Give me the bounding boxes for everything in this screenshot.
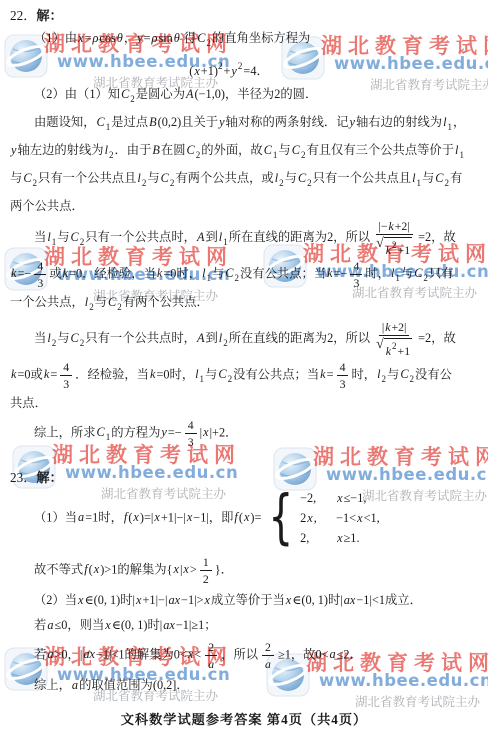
text-run: = — [50, 367, 57, 381]
text-run: 时， — [365, 266, 390, 280]
subscript: 2 — [206, 38, 211, 48]
text-run: 只有一个公共点且 — [38, 171, 136, 185]
text-run: 只有一个公共点时， — [85, 230, 196, 244]
text-run: 时， — [351, 367, 376, 381]
math-variable: y — [230, 64, 237, 78]
math-variable: C — [263, 143, 273, 157]
fraction-numerator: 4 — [60, 360, 72, 376]
text-run: 成立等价于当 — [211, 593, 285, 607]
fraction-denominator: 3 — [337, 376, 349, 391]
fraction: 2a — [204, 640, 218, 671]
text-run: 3 — [63, 377, 69, 391]
math-variable: C — [224, 266, 234, 280]
text-run: =− — [168, 425, 182, 439]
text-run: =2，故 — [418, 230, 456, 244]
solution-line: 23．解： — [10, 466, 478, 489]
subscript: 1 — [52, 237, 57, 247]
math-variable: C — [196, 31, 206, 45]
math-variable: C — [434, 171, 444, 185]
math-variable: k — [385, 344, 392, 358]
case-value: −2, — [300, 489, 336, 508]
superscript: 2 — [392, 341, 397, 351]
math-variable: C — [107, 295, 117, 309]
bold-label: 解： — [36, 470, 62, 485]
radicand: k2+1 — [384, 237, 412, 257]
subscript: 2 — [307, 178, 312, 188]
solution-line: 综上，a的取值范围为(0,2]． — [10, 674, 478, 697]
math-variable: y — [136, 31, 143, 45]
fraction: 43 — [34, 259, 46, 290]
text-run: 没有公 — [415, 367, 452, 381]
math-variable: k — [319, 367, 326, 381]
case-row: 2x,−1<x<1, — [300, 509, 380, 528]
text-run: =0．经检验，当 — [69, 266, 156, 280]
subscript: 2 — [52, 338, 57, 348]
text-run: < — [194, 647, 201, 661]
math-variable: C — [413, 266, 423, 280]
math-variable: x — [356, 511, 363, 525]
math-variable: ax — [167, 593, 181, 607]
math-variable: θ — [173, 31, 181, 45]
text-run: 与 — [285, 171, 297, 185]
bold-label: 解： — [36, 8, 62, 23]
page-footer: 文科数学试题参考答案 第4页（共4页） — [0, 709, 488, 728]
text-run: cos — [99, 31, 115, 45]
text-run: =0时， — [163, 266, 201, 280]
subscript: 2 — [80, 338, 85, 348]
text-run: 有两个公共点． — [123, 295, 209, 309]
text-run: 所在直线的距离为2，所以 — [229, 331, 370, 345]
math-variable: x — [306, 511, 313, 525]
text-run: 与 — [57, 331, 69, 345]
subscript: 2 — [235, 273, 240, 283]
text-run: ．经检验，当 — [75, 367, 149, 381]
text-run: 得 — [181, 31, 196, 45]
text-run: 在圆 — [161, 143, 186, 157]
text-run: = — [144, 31, 151, 45]
math-variable: C — [96, 115, 106, 129]
solution-line: 一个公共点，l2与C2有两个公共点． — [10, 291, 478, 319]
fraction-numerator: 1 — [200, 555, 212, 571]
math-variable: ax — [162, 618, 176, 632]
text-run: 的方程为 — [111, 425, 160, 439]
fraction: 43 — [185, 418, 197, 449]
math-variable: l — [136, 171, 141, 185]
case-condition: x≤−1, — [336, 489, 366, 508]
solution-line: （1）当a=1时，f(x)=|x+1|−|x−1|，即f(x)={−2,x≤−1… — [10, 489, 478, 548]
text-run: +1) — [201, 64, 218, 78]
solution-line: y轴左边的射线为l2．由于B在圆C2的外面，故C1与C2有且仅有三个公共点等价于… — [10, 139, 478, 167]
answer-sheet-page: 湖北教育考试网 www.hbee.edu.cn 湖北省教育考试院主办 湖北教育考… — [0, 0, 488, 732]
text-run: ≤−1, — [344, 491, 367, 505]
math-variable: ax — [343, 593, 357, 607]
math-variable: x — [193, 64, 200, 78]
math-variable: x — [202, 425, 209, 439]
solution-line: (x+1)2+y2=4． — [10, 55, 478, 83]
fraction-denominator: a — [261, 656, 275, 671]
subscript: 1 — [106, 122, 111, 132]
subscript: 1 — [448, 122, 453, 132]
math-variable: C — [22, 171, 32, 185]
text-run: 2 — [265, 640, 271, 654]
fraction: |−k+2|√k2+1 — [373, 219, 415, 257]
text-run: =4． — [243, 64, 268, 78]
text-run: 的直角坐标方程为 — [212, 31, 310, 45]
math-variable: y — [349, 115, 356, 129]
answers-content: 22．解：（1）由x=ρcosθ，y=ρsinθ 得C2的直角坐标方程为(x+1… — [0, 0, 488, 697]
fraction-numerator: 4 — [350, 259, 362, 275]
fraction-numerator: 2 — [262, 640, 274, 656]
math-variable: a — [71, 678, 79, 692]
square-root: √k2+1 — [376, 237, 412, 257]
text-run: <1, — [364, 511, 380, 525]
math-variable: l — [194, 367, 199, 381]
text-run: +1 — [398, 243, 411, 257]
text-run: 有且仅有三个公共点等价于 — [306, 143, 454, 157]
math-variable: C — [186, 143, 196, 157]
math-variable: l — [442, 115, 447, 129]
case-rows: −2,x≤−1,2x,−1<x<1,2,x≥1. — [300, 489, 380, 548]
subscript: 2 — [117, 302, 122, 312]
text-run: 若 — [34, 647, 46, 661]
subscript: 2 — [33, 178, 38, 188]
text-run: =− — [334, 266, 348, 280]
text-run: |+2． — [210, 425, 238, 439]
text-run: 有 — [450, 171, 462, 185]
case-value: 2, — [300, 529, 336, 548]
math-variable: a — [264, 657, 272, 671]
solution-line: 由题设知，C1是过点B(0,2)且关于y轴对称的两条射线．记y轴右边的射线为l1… — [10, 111, 478, 139]
text-run: 22． — [10, 8, 36, 23]
text-run: +2| — [391, 320, 406, 334]
text-run: 与 — [205, 367, 217, 381]
text-run: 综上，所求 — [34, 425, 96, 439]
text-run: （2）当 — [34, 593, 77, 607]
case-row: 2,x≥1. — [300, 529, 380, 548]
left-brace: { — [269, 492, 294, 545]
case-value: 2x, — [300, 509, 336, 528]
math-variable: B — [151, 143, 161, 157]
text-run: 只有 — [429, 266, 454, 280]
fraction: 12 — [200, 555, 212, 586]
math-variable: C — [120, 87, 130, 101]
math-variable: x — [336, 491, 343, 505]
subscript: 2 — [279, 178, 284, 188]
text-run: 共点． — [10, 396, 47, 410]
text-run: ≤0，则当 — [54, 618, 104, 632]
solution-line: 若a>0，|ax−1|<1的解集为0<x<2a，所以2a≥1，故0<a≤2． — [10, 639, 478, 672]
subscript: 2 — [80, 237, 85, 247]
text-run: 与 — [422, 171, 434, 185]
text-run: 只有一个公共点时， — [85, 331, 196, 345]
case-condition: x≥1. — [336, 529, 359, 548]
text-run: 4 — [340, 360, 346, 374]
text-run: 3 — [353, 276, 359, 290]
text-run: 有两个公共点，或 — [175, 171, 273, 185]
text-run: +2| — [395, 219, 410, 233]
text-run: +1 — [398, 344, 411, 358]
text-run: 轴对称的两条射线．记 — [226, 115, 349, 129]
math-variable: x — [336, 531, 343, 545]
superscript: 2 — [218, 61, 223, 71]
text-run: )>1的解集为{ — [100, 562, 172, 576]
subscript: 1 — [459, 150, 464, 160]
math-variable: x — [132, 510, 139, 524]
subscript: 2 — [228, 374, 233, 384]
subscript: 2 — [445, 178, 450, 188]
text-run: 所在直线的距离为2，所以 — [229, 230, 370, 244]
math-variable: C — [160, 171, 170, 185]
math-variable: θ — [116, 31, 124, 45]
fraction-denominator: √k2+1 — [373, 336, 415, 358]
math-variable: C — [96, 425, 106, 439]
text-run: 与 — [95, 295, 107, 309]
text-run: 没有公共点；当 — [240, 266, 326, 280]
text-run: ∈(0, 1)时| — [112, 618, 163, 632]
math-variable: B — [148, 115, 158, 129]
text-run: ， — [453, 115, 465, 129]
text-run: 故不等式 — [34, 562, 83, 576]
subscript: 1 — [206, 273, 211, 283]
subscript: 2 — [196, 150, 201, 160]
text-run: ∈(0, 1)时| — [85, 593, 136, 607]
text-run: 的取值范围为(0,2]． — [79, 678, 189, 692]
math-variable: x — [182, 562, 189, 576]
text-run: 23． — [10, 470, 36, 485]
text-run: −1|<1的解集为0< — [96, 647, 187, 661]
math-variable: ax — [82, 647, 96, 661]
text-run: 一个公共点， — [10, 295, 84, 309]
solution-line: 故不等式f(x)>1的解集为{x|x>12}． — [10, 554, 478, 587]
fraction-denominator: 3 — [60, 376, 72, 391]
fraction-denominator: 3 — [350, 275, 362, 290]
solution-line: 当l1与C2只有一个公共点时，A到l1所在直线的距离为2，所以|−k+2|√k2… — [10, 218, 478, 258]
text-run: ，所以 — [221, 647, 258, 661]
subscript: 2 — [301, 150, 306, 160]
text-run: 是过点 — [111, 115, 148, 129]
text-run: +1|−| — [161, 510, 186, 524]
subscript: 1 — [416, 178, 421, 188]
text-run: 若 — [34, 618, 46, 632]
case-condition: −1<x<1, — [336, 509, 380, 528]
math-variable: a — [77, 510, 85, 524]
text-run: = — [327, 367, 334, 381]
superscript: 2 — [238, 61, 243, 71]
fraction-numerator: 4 — [185, 418, 197, 434]
solution-line: 与C2只有一个公共点且l2与C2有两个公共点，或l2与C2只有一个公共点且l1与… — [10, 167, 478, 195]
math-variable: k — [388, 219, 395, 233]
text-run: 4 — [37, 259, 43, 273]
text-run: −1|，即 — [193, 510, 233, 524]
text-run: 到 — [205, 230, 217, 244]
problem-22-solution: 22．解：（1）由x=ρcosθ，y=ρsinθ 得C2的直角坐标方程为(x+1… — [10, 4, 478, 450]
text-run: 4 — [188, 418, 194, 432]
math-variable: l — [46, 331, 51, 345]
math-variable: A — [185, 87, 195, 101]
math-variable: a — [329, 647, 337, 661]
text-run: 与 — [57, 230, 69, 244]
math-variable: a — [207, 657, 215, 671]
text-run: ≥1，故0< — [278, 647, 329, 661]
subscript: 1 — [273, 150, 278, 160]
fraction-numerator: |k+2| — [379, 320, 410, 336]
math-variable: x — [153, 510, 160, 524]
fraction-denominator: 2 — [200, 571, 212, 586]
piecewise-cases: {−2,x≤−1,2x,−1<x<1,2,x≥1. — [263, 489, 379, 548]
fraction-numerator: 2 — [205, 640, 217, 656]
text-run: 轴左边的射线为 — [17, 143, 103, 157]
text-run: 1 — [203, 555, 209, 569]
math-variable: C — [70, 331, 80, 345]
text-run: 两个公共点． — [10, 199, 84, 213]
text-run: 4 — [353, 259, 359, 273]
math-variable: C — [217, 367, 227, 381]
math-variable: l — [46, 230, 51, 244]
text-run: 2 — [203, 572, 209, 586]
math-variable: k — [326, 266, 333, 280]
text-run: 当 — [34, 331, 46, 345]
math-variable: C — [291, 143, 301, 157]
fraction: 43 — [337, 360, 349, 391]
math-variable: x — [172, 562, 179, 576]
subscript: 2 — [130, 94, 135, 104]
text-run: 2, — [300, 531, 309, 545]
text-run: 与 — [212, 266, 224, 280]
math-variable: x — [204, 593, 211, 607]
fraction-numerator: 4 — [34, 259, 46, 275]
text-run: ， — [124, 31, 136, 45]
text-run: >0，| — [54, 647, 82, 661]
text-run: +1|−| — [142, 593, 167, 607]
fraction-numerator: |−k+2| — [376, 219, 413, 235]
text-run: =0时， — [156, 367, 194, 381]
text-run: 与 — [147, 171, 159, 185]
text-run: )= — [250, 510, 261, 524]
superscript: 2 — [392, 240, 397, 250]
subscript: 2 — [89, 302, 94, 312]
text-run: 3 — [37, 276, 43, 290]
text-run: }． — [215, 562, 233, 576]
text-run: 与 — [387, 367, 399, 381]
fraction: |k+2|√k2+1 — [373, 320, 415, 358]
solution-line: k=0或k=43．经检验，当k=0时，l1与C2没有公共点；当k=43时，l2与… — [10, 359, 478, 392]
square-root: √k2+1 — [376, 338, 412, 358]
text-run: ≥1. — [344, 531, 360, 545]
text-run: ≤2． — [337, 647, 362, 661]
solution-line: k=−43或k=0．经检验，当k=0时，l1与C2没有公共点；当k=−43时，l… — [10, 258, 478, 291]
text-run: =0或 — [17, 367, 42, 381]
text-run: 与 — [401, 266, 413, 280]
text-run: 由题设知， — [34, 115, 96, 129]
text-run: 的外面，故 — [201, 143, 263, 157]
subscript: 1 — [395, 273, 400, 283]
solution-line: 综上，所求C1的方程为y=−43|x|+2． — [10, 417, 478, 450]
text-run: 与 — [10, 171, 22, 185]
solution-line: 两个公共点． — [10, 195, 478, 218]
subscript: 2 — [410, 374, 415, 384]
text-run: （2）由（1）知 — [34, 87, 120, 101]
text-run: −2, — [300, 491, 316, 505]
problem-23-solution: 23．解：（1）当a=1时，f(x)=|x+1|−|x−1|，即f(x)={−2… — [10, 466, 478, 697]
math-variable: k — [385, 243, 392, 257]
fraction: 43 — [350, 259, 362, 290]
math-variable: C — [297, 171, 307, 185]
math-variable: x — [104, 618, 111, 632]
text-run: 4 — [63, 360, 69, 374]
text-run: 没有公共点；当 — [233, 367, 319, 381]
fraction-denominator: a — [204, 656, 218, 671]
text-run: )=| — [140, 510, 154, 524]
subscript: 1 — [223, 237, 228, 247]
math-variable: l — [376, 367, 381, 381]
math-variable: k — [62, 266, 69, 280]
text-run: −1|<1成立． — [356, 593, 422, 607]
text-run: 2 — [208, 640, 214, 654]
radical-sign: √ — [376, 237, 384, 250]
solution-line: （1）由x=ρcosθ，y=ρsinθ 得C2的直角坐标方程为 — [10, 27, 478, 55]
text-run: =2，故 — [418, 331, 456, 345]
text-run: 3 — [188, 435, 194, 449]
case-row: −2,x≤−1, — [300, 489, 380, 508]
radical-sign: √ — [376, 338, 384, 351]
subscript: 1 — [106, 432, 111, 442]
text-run: −1< — [336, 511, 356, 525]
text-run: > — [190, 562, 197, 576]
solution-line: （2）当x∈(0, 1)时|x+1|−|ax−1|>x成立等价于当x∈(0, 1… — [10, 589, 478, 612]
math-variable: C — [70, 230, 80, 244]
text-run: （1）当 — [34, 510, 77, 524]
math-variable: x — [77, 31, 84, 45]
text-run: 或 — [49, 266, 61, 280]
subscript: 2 — [223, 338, 228, 348]
text-run: |− — [379, 219, 388, 233]
text-run: 3 — [340, 377, 346, 391]
math-variable: x — [77, 593, 84, 607]
text-run: =− — [17, 266, 31, 280]
text-run: −1|≥1； — [176, 618, 217, 632]
subscript: 2 — [423, 273, 428, 283]
text-run: sin — [158, 31, 172, 45]
text-run: （1）由 — [34, 31, 77, 45]
solution-line: （2）由（1）知C2是圆心为A(−1,0)，半径为2的圆． — [10, 83, 478, 111]
subscript: 2 — [382, 374, 387, 384]
text-run: , — [314, 511, 317, 525]
text-run: (−1,0)，半径为2的圆． — [195, 87, 318, 101]
fraction: 43 — [60, 360, 72, 391]
radicand: k2+1 — [384, 338, 412, 358]
math-variable: y — [218, 115, 225, 129]
subscript: 1 — [200, 374, 205, 384]
solution-line: 当l2与C2只有一个公共点时，A到l2所在直线的距离为2，所以|k+2|√k2+… — [10, 319, 478, 359]
text-run: 到 — [205, 331, 217, 345]
text-run: ．由于 — [114, 143, 151, 157]
text-run: 是圆心为 — [136, 87, 185, 101]
text-run: (0,2)且关于 — [158, 115, 218, 129]
math-variable: y — [160, 425, 167, 439]
text-run: =1时， — [85, 510, 123, 524]
solution-line: 共点． — [10, 392, 478, 415]
text-run: 与 — [278, 143, 290, 157]
subscript: 2 — [109, 150, 114, 160]
text-run: 轴右边的射线为 — [356, 115, 442, 129]
fraction: 2a — [261, 640, 275, 671]
fraction-denominator: √k2+1 — [373, 235, 415, 257]
subscript: 2 — [170, 178, 175, 188]
text-run: 综上， — [34, 678, 71, 692]
solution-line: 若a≤0，则当x∈(0, 1)时|ax−1|≥1； — [10, 614, 478, 637]
solution-line: 22．解： — [10, 4, 478, 27]
math-variable: C — [399, 367, 409, 381]
